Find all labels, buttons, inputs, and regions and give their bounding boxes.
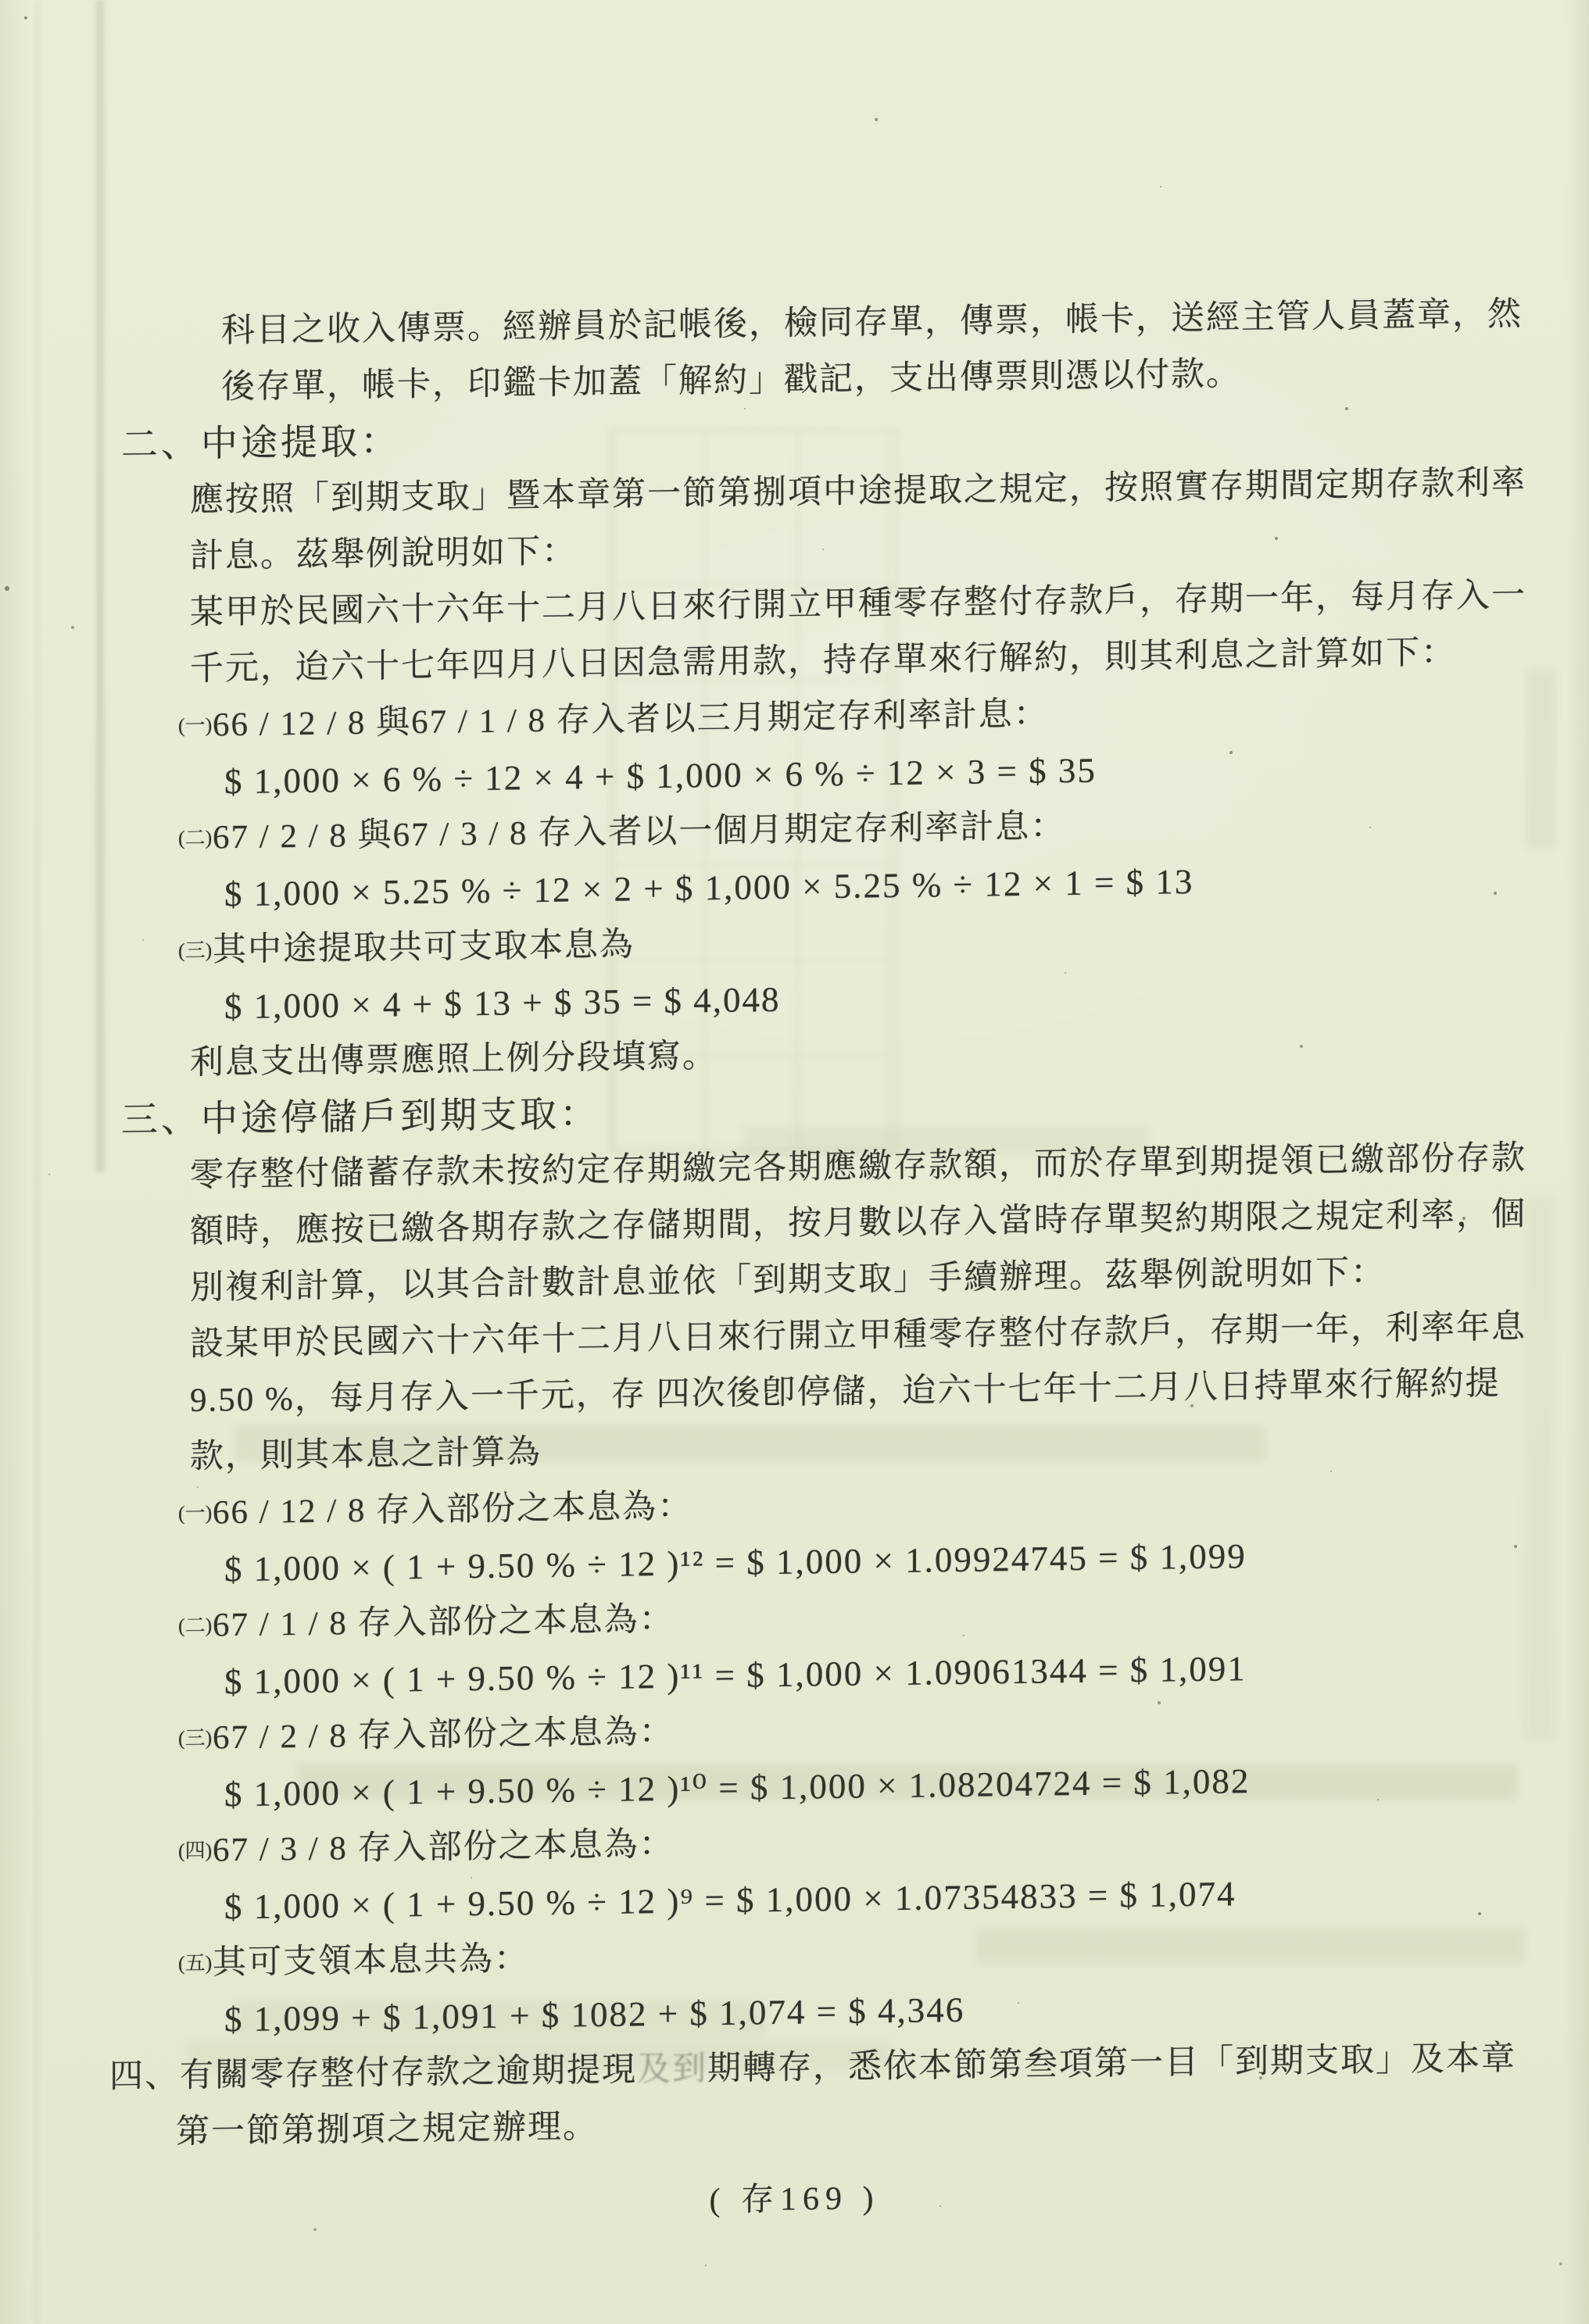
line-text: 其可支領本息共為：	[213, 1940, 529, 1981]
line-text: 應按照「到期支取」暨本章第一節第捌項中途提取之規定，按照實存期間定期存款利率	[190, 464, 1526, 518]
line-text: 67 / 1 / 8 存入部份之本息為：	[213, 1601, 675, 1644]
scanned-page: 科目之收入傳票。經辦員於記帳後，檢同存單，傳票，帳卡，送經主管人員蓋章，然後存單…	[0, 0, 1589, 2324]
line-text: 9.50 %，每月存入一千元，存 四次後卽停儲，迨六十七年十二月八日持單來行解約…	[190, 1365, 1501, 1419]
line-text: 三、中途停儲戶到期支取：	[121, 1094, 599, 1141]
line-text: 66 / 12 / 8 與67 / 1 / 8 存入者以三月期定存利率計息：	[213, 695, 1049, 743]
line-text: 67 / 3 / 8 存入部份之本息為：	[213, 1826, 675, 1869]
line-text: $ 1,000 × 6 % ÷ 12 × 4 + $ 1,000 × 6 % ÷…	[224, 751, 1097, 802]
line-text: 計息。茲舉例說明如下：	[190, 533, 577, 574]
line-text: 67 / 2 / 8 與67 / 3 / 8 存入者以一個月期定存利率計息：	[213, 808, 1065, 856]
line-text: 後存單，帳卡，印鑑卡加蓋「解約」戳記，支出傳票則憑以付款。	[221, 356, 1241, 406]
line-text: $ 1,000 × ( 1 + 9.50 % ÷ 12 )¹¹ = $ 1,00…	[224, 1649, 1247, 1701]
line-text: 66 / 12 / 8 存入部份之本息為：	[213, 1488, 693, 1531]
line-text: $ 1,000 × 4 + $ 13 + $ 35 = $ 4,048	[224, 980, 781, 1026]
line-text: 科目之收入傳票。經辦員於記帳後，檢同存單，傳票，帳卡，送經主管人員蓋章，然	[221, 295, 1523, 349]
underprinted-text: 及到	[637, 2050, 707, 2088]
document-text: 科目之收入傳票。經辦員於記帳後，檢同存單，傳票，帳卡，送經主管人員蓋章，然後存單…	[0, 0, 1589, 2230]
line-text: 期轉存，悉依本節第叁項第一目「到期支取」及本章	[707, 2040, 1516, 2088]
item-marker: (一)	[178, 697, 213, 754]
line-text: $ 1,000 × ( 1 + 9.50 % ÷ 12 )¹² = $ 1,00…	[224, 1536, 1247, 1589]
item-marker: (三)	[178, 922, 213, 979]
item-marker: (二)	[178, 810, 213, 867]
line-text: 二、中途提取：	[121, 421, 400, 466]
item-marker: (二)	[178, 1597, 213, 1654]
item-marker: (五)	[178, 1935, 213, 1992]
line-text: $ 1,000 × ( 1 + 9.50 % ÷ 12 )⁹ = $ 1,000…	[224, 1874, 1236, 1926]
page-number: ( 存169 )	[0, 2162, 1589, 2230]
text-lines: 科目之收入傳票。經辦員於記帳後，檢同存單，傳票，帳卡，送經主管人員蓋章，然後存單…	[0, 285, 1589, 2163]
line-text: 款，則其本息之計算為	[190, 1434, 542, 1475]
line-text: $ 1,000 × ( 1 + 9.50 % ÷ 12 )¹⁰ = $ 1,00…	[224, 1761, 1250, 1814]
line-text: $ 1,099 + $ 1,091 + $ 1082 + $ 1,074 = $…	[224, 1990, 964, 2039]
line-text: 別複利計算，以其合計數計息並依「到期支取」手續辦理。茲舉例說明如下：	[190, 1254, 1386, 1307]
line-text: 某甲於民國六十六年十二月八日來行開立甲種零存整付存款戶，存期一年，每月存入一	[190, 577, 1526, 631]
line-text: 設某甲於民國六十六年十二月八日來行開立甲種零存整付存款戶，存期一年，利率年息	[190, 1308, 1526, 1362]
item-marker: (一)	[178, 1485, 213, 1542]
line-text: 第一節第捌項之規定辦理。	[176, 2108, 598, 2151]
line-text: 其中途提取共可支取本息為	[213, 926, 635, 968]
item-marker: (四)	[178, 1822, 213, 1879]
item-marker: (三)	[178, 1710, 213, 1767]
line-text: $ 1,000 × 5.25 % ÷ 12 × 2 + $ 1,000 × 5.…	[224, 862, 1194, 914]
line-text: 零存整付儲蓄存款未按約定存期繳完各期應繳存款額，而於存單到期提領已繳部份存款	[190, 1139, 1526, 1193]
line-text: 67 / 2 / 8 存入部份之本息為：	[213, 1714, 675, 1757]
line-text: 四、有關零存整付存款之逾期提現	[109, 2051, 637, 2095]
line-text: 額時，應按已繳各期存款之存儲期間，按月數以存入當時存單契約期限之規定利率，個	[190, 1196, 1526, 1250]
line-text: 千元，迨六十七年四月八日因急需用款，持存單來行解約，則其利息之計算如下：	[190, 635, 1456, 688]
line-text: 利息支出傳票應照上例分段填寫。	[190, 1038, 718, 1082]
